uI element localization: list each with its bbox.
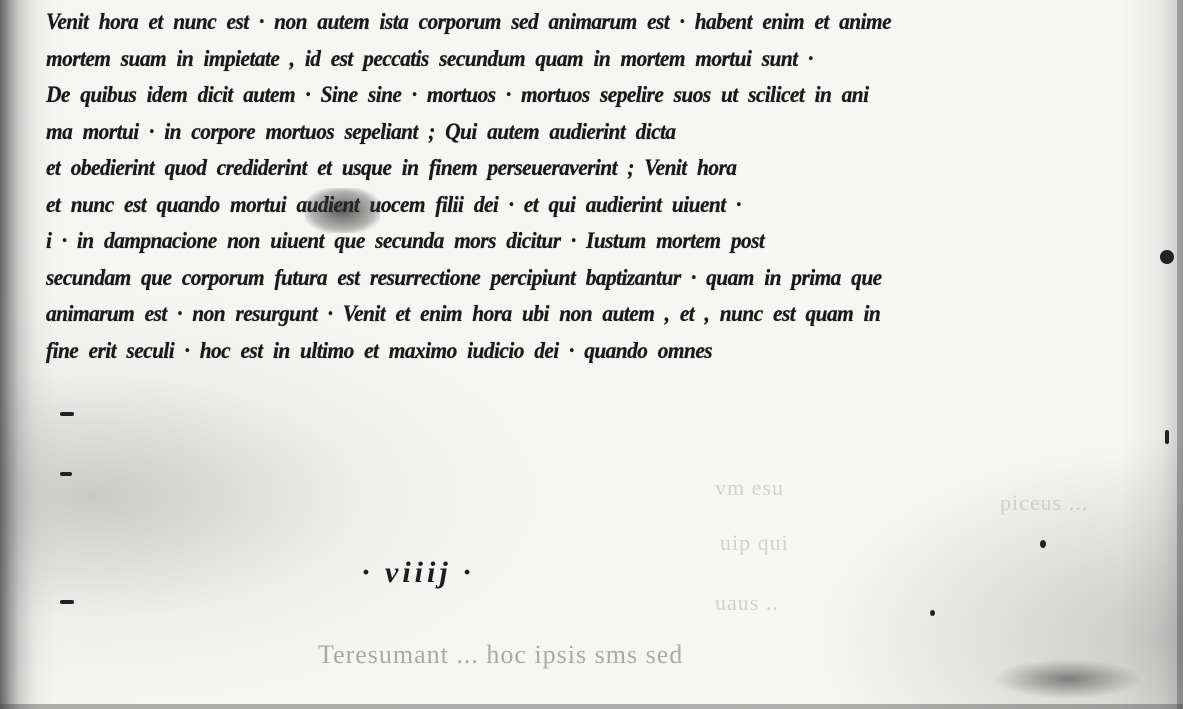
- ink-speck: [60, 600, 74, 604]
- bleed-through-fragment: uaus ..: [715, 590, 779, 616]
- corner-smudge: [993, 659, 1143, 699]
- ink-speck: [60, 412, 74, 416]
- right-page-edge: [1177, 0, 1183, 709]
- manuscript-line: et nunc est quando mortui audient uocem …: [46, 187, 967, 224]
- folio-number-mark: · viiij ·: [362, 556, 475, 590]
- ink-speck: [930, 610, 935, 616]
- manuscript-line: De quibus idem dicit autem · Sine sine ·…: [46, 77, 967, 114]
- manuscript-line: fine erit seculi · hoc est in ultimo et …: [46, 333, 967, 370]
- ink-speck: [1040, 540, 1046, 548]
- ink-speck: [1160, 250, 1174, 264]
- ink-blot: [305, 188, 380, 233]
- manuscript-line: secundam que corporum futura est resurre…: [46, 260, 967, 297]
- ink-speck: [60, 472, 72, 476]
- manuscript-page: Venit hora et nunc est · non autem ista …: [0, 0, 1183, 709]
- manuscript-text-block: Venit hora et nunc est · non autem ista …: [46, 4, 1036, 369]
- manuscript-line: et obedierint quod crediderint et usque …: [46, 150, 967, 187]
- manuscript-line: mortem suam in impietate , id est peccat…: [46, 41, 967, 78]
- bottom-page-edge: [0, 704, 1183, 709]
- bleed-through-fragment: vm esu: [715, 475, 784, 501]
- manuscript-line: Venit hora et nunc est · non autem ista …: [46, 4, 967, 41]
- bleed-through-fragment: uip qui: [720, 530, 789, 556]
- ink-speck: [1165, 430, 1169, 444]
- manuscript-line: ma mortui · in corpore mortuos sepeliant…: [46, 114, 967, 151]
- bleed-through-fragment: piceus ...: [1000, 490, 1088, 516]
- bleed-through-text: Teresumant ... hoc ipsis sms sed: [318, 640, 683, 670]
- gutter-shadow: [0, 0, 38, 709]
- manuscript-line: i · in dampnacione non uiuent que secund…: [46, 223, 967, 260]
- manuscript-line: animarum est · non resurgunt · Venit et …: [46, 296, 967, 333]
